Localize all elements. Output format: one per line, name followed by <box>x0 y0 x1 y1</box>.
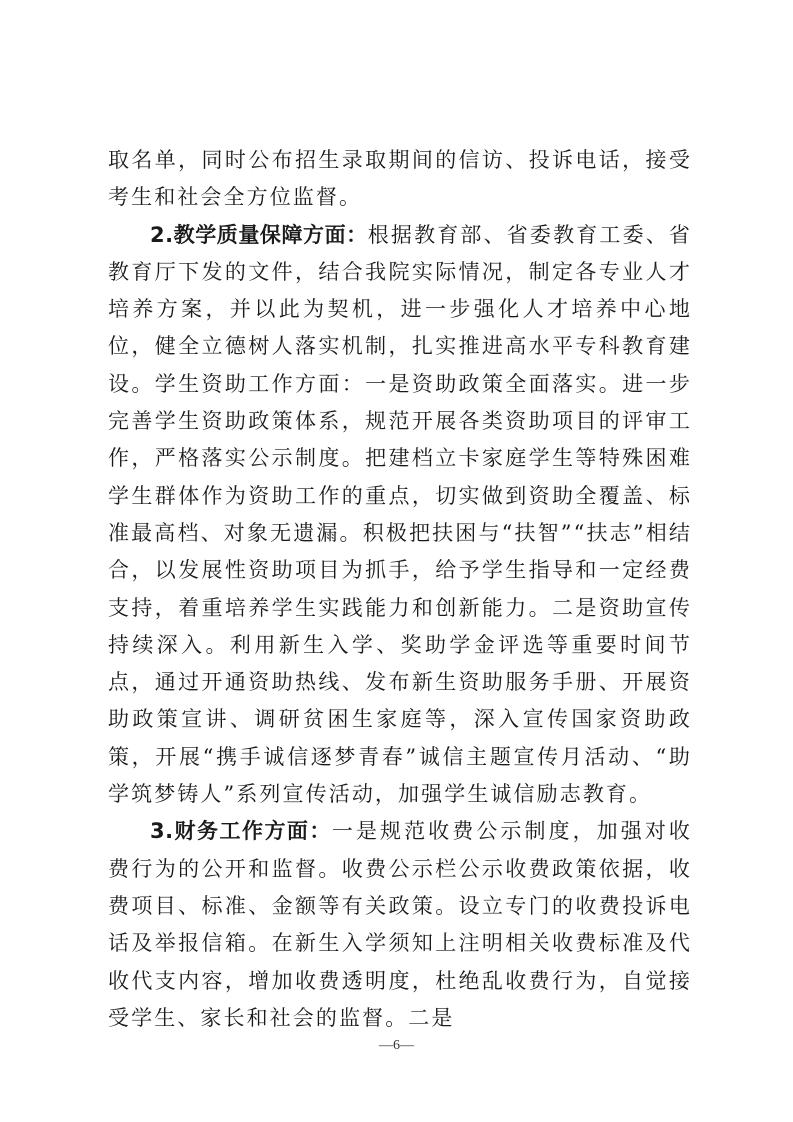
paragraph-3-text: 一是规范收费公示制度，加强对收费行为的公开和监督。收费公示栏公示收费政策依据，收… <box>108 819 692 1029</box>
paragraph-1-text: 取名单，同时公布招生录取期间的信访、投诉电话，接受考生和社会全方位监督。 <box>108 148 692 209</box>
paragraph-1: 取名单，同时公布招生录取期间的信访、投诉电话，接受考生和社会全方位监督。 <box>108 142 692 217</box>
document-page: 取名单，同时公布招生录取期间的信访、投诉电话，接受考生和社会全方位监督。 2.教… <box>108 142 692 1037</box>
paragraph-2: 2.教学质量保障方面：根据教育部、省委教育工委、省教育厅下发的文件，结合我院实际… <box>108 217 692 814</box>
paragraph-2-text: 根据教育部、省委教育工委、省教育厅下发的文件，结合我院实际情况，制定各专业人才培… <box>108 223 692 806</box>
section-heading-teaching-quality: 2.教学质量保障方面： <box>150 223 368 247</box>
page-number: —6— <box>0 1038 793 1054</box>
section-heading-finance: 3.财务工作方面： <box>150 819 332 843</box>
paragraph-3: 3.财务工作方面：一是规范收费公示制度，加强对收费行为的公开和监督。收费公示栏公… <box>108 813 692 1037</box>
